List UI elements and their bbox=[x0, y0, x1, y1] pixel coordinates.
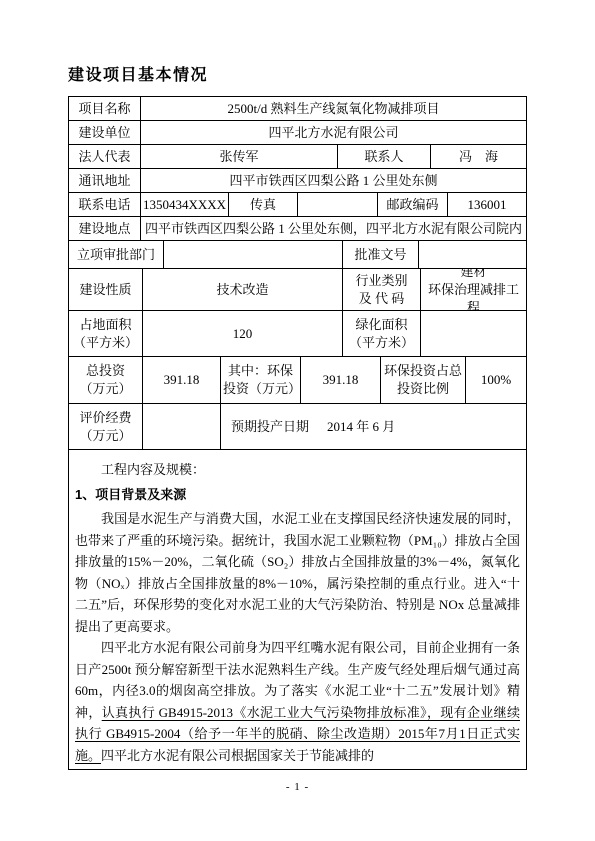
row-address: 通讯地址 四平市铁西区四梨公路 1 公里处东侧 bbox=[69, 169, 527, 193]
document-page: 建设项目基本情况 项目名称 2500t/d 熟料生产线氮氧化物减排项目 建设单位… bbox=[0, 0, 595, 841]
env-ratio-value: 100% bbox=[466, 357, 527, 404]
production-date-value: 2014 年 6 月 bbox=[327, 418, 395, 436]
green-area-value bbox=[421, 311, 527, 357]
production-date-label: 预期投产日期 bbox=[231, 418, 309, 436]
industry-label-line1: 行业类别 bbox=[355, 272, 407, 290]
content-heading: 工程内容及规模： bbox=[75, 458, 520, 482]
paragraph-background: 我国是水泥生产与消费大国，水泥工业在支撑国民经济快速发展的同时，也带来了严重的环… bbox=[75, 508, 520, 637]
legal-rep-label: 法人代表 bbox=[69, 145, 141, 169]
row-legal-rep: 法人代表 张传军 联系人 冯 海 bbox=[69, 145, 527, 169]
env-ratio-label: 环保投资占总投资比例 bbox=[381, 357, 466, 404]
project-content-cell: 工程内容及规模： 1、项目背景及来源 我国是水泥生产与消费大国，水泥工业在支撑国… bbox=[69, 450, 527, 770]
zip-label: 邮政编码 bbox=[378, 193, 448, 217]
env-investment-label: 其中：环保投资（万元） bbox=[221, 357, 301, 404]
green-area-label-line2: （平方米） bbox=[349, 334, 414, 352]
paragraph-company: 四平北方水泥有限公司前身为四平红嘴水泥有限公司，目前企业拥有一条日产2500t … bbox=[75, 637, 520, 766]
row-approval: 立项审批部门 批准文号 bbox=[69, 241, 527, 269]
eval-fee-label-line1: 评价经费 bbox=[79, 409, 131, 427]
address-label: 通讯地址 bbox=[69, 169, 141, 193]
industry-value-line2: 环保治理减排工程 bbox=[423, 281, 524, 312]
zip-value: 136001 bbox=[448, 193, 527, 217]
area-label-line2: （平方米） bbox=[73, 334, 138, 352]
approval-dept-value bbox=[164, 241, 343, 269]
project-info-table: 项目名称 2500t/d 熟料生产线氮氧化物减排项目 建设单位 四平北方水泥有限… bbox=[68, 96, 527, 770]
section-title-background: 1、项目背景及来源 bbox=[75, 482, 520, 508]
industry-value-line1: 建材 bbox=[460, 269, 486, 281]
row-eval-fee: 评价经费 （万元） 预期投产日期 2014 年 6 月 bbox=[69, 404, 527, 450]
eval-fee-label: 评价经费 （万元） bbox=[69, 404, 143, 450]
investment-label: 总投资 （万元） bbox=[69, 357, 143, 404]
row-phone: 联系电话 1350434XXXX 传真 邮政编码 136001 bbox=[69, 193, 527, 217]
project-name-label: 项目名称 bbox=[69, 97, 141, 121]
investment-label-line1: 总投资 bbox=[86, 362, 125, 380]
phone-label: 联系电话 bbox=[69, 193, 141, 217]
production-date-cell: 预期投产日期 2014 年 6 月 bbox=[221, 404, 527, 450]
doc-no-value bbox=[419, 241, 527, 269]
nature-label: 建设性质 bbox=[69, 269, 143, 311]
investment-value: 391.18 bbox=[143, 357, 221, 404]
project-name-value: 2500t/d 熟料生产线氮氧化物减排项目 bbox=[141, 97, 527, 121]
contact-value: 冯 海 bbox=[431, 145, 527, 169]
row-content: 工程内容及规模： 1、项目背景及来源 我国是水泥生产与消费大国，水泥工业在支撑国… bbox=[69, 450, 527, 770]
address-value: 四平市铁西区四梨公路 1 公里处东侧 bbox=[141, 169, 527, 193]
approval-dept-label: 立项审批部门 bbox=[69, 241, 164, 269]
paragraph-company-part2: 四平北方水泥有限公司根据国家关于节能减排的 bbox=[101, 748, 374, 763]
build-unit-value: 四平北方水泥有限公司 bbox=[141, 121, 527, 145]
green-area-label-line1: 绿化面积 bbox=[355, 316, 407, 334]
row-build-unit: 建设单位 四平北方水泥有限公司 bbox=[69, 121, 527, 145]
fax-value bbox=[298, 193, 378, 217]
site-value: 四平市铁西区四梨公路 1 公里处东侧，四平北方水泥有限公司院内 bbox=[141, 217, 527, 241]
industry-label-line2: 及 代 码 bbox=[359, 290, 405, 308]
row-nature: 建设性质 技术改造 行业类别 及 代 码 建材 环保治理减排工程 bbox=[69, 269, 527, 311]
area-value: 120 bbox=[143, 311, 343, 357]
eval-fee-value bbox=[143, 404, 221, 450]
env-investment-value: 391.18 bbox=[301, 357, 381, 404]
contact-label: 联系人 bbox=[338, 145, 431, 169]
area-label-line1: 占地面积 bbox=[79, 316, 131, 334]
green-area-label: 绿化面积 （平方米） bbox=[343, 311, 421, 357]
site-label: 建设地点 bbox=[69, 217, 141, 241]
area-label: 占地面积 （平方米） bbox=[69, 311, 143, 357]
industry-value: 建材 环保治理减排工程 bbox=[421, 269, 527, 311]
row-investment: 总投资 （万元） 391.18 其中：环保投资（万元） 391.18 环保投资占… bbox=[69, 357, 527, 404]
row-area: 占地面积 （平方米） 120 绿化面积 （平方米） bbox=[69, 311, 527, 357]
build-unit-label: 建设单位 bbox=[69, 121, 141, 145]
page-title: 建设项目基本情况 bbox=[68, 62, 208, 85]
row-project-name: 项目名称 2500t/d 熟料生产线氮氧化物减排项目 bbox=[69, 97, 527, 121]
industry-label: 行业类别 及 代 码 bbox=[343, 269, 421, 311]
row-site: 建设地点 四平市铁西区四梨公路 1 公里处东侧，四平北方水泥有限公司院内 bbox=[69, 217, 527, 241]
legal-rep-value: 张传军 bbox=[141, 145, 338, 169]
doc-no-label: 批准文号 bbox=[343, 241, 419, 269]
fax-label: 传真 bbox=[229, 193, 298, 217]
nature-value: 技术改造 bbox=[143, 269, 343, 311]
investment-label-line2: （万元） bbox=[79, 380, 131, 398]
eval-fee-label-line2: （万元） bbox=[79, 427, 131, 445]
page-number: - 1 - bbox=[0, 781, 595, 793]
phone-value: 1350434XXXX bbox=[141, 193, 229, 217]
